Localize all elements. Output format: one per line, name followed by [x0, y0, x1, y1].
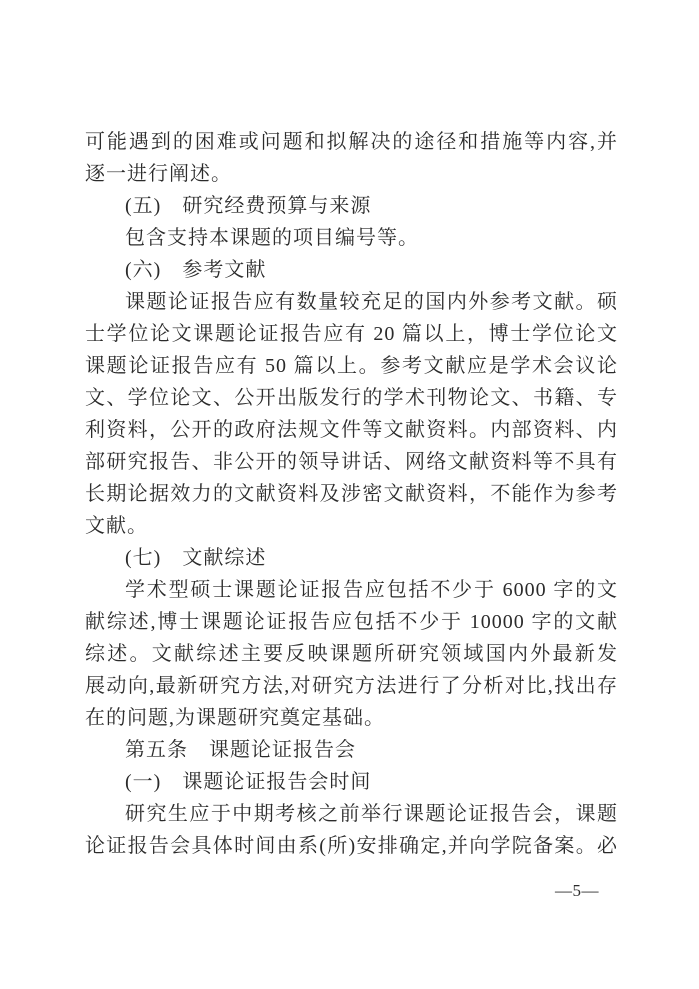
section-heading: (六) 参考文献: [85, 254, 618, 286]
document-line: 部研究报告、非公开的领导讲话、网络文献资料等不具有: [85, 446, 618, 478]
document-line: 逐一进行阐述。: [85, 158, 618, 190]
document-body: 可能遇到的困难或问题和拟解决的途径和措施等内容,并 逐一进行阐述。 (五) 研究…: [85, 126, 618, 862]
document-line: 可能遇到的困难或问题和拟解决的途径和措施等内容,并: [85, 126, 618, 158]
document-line: 论证报告会具体时间由系(所)安排确定,并向学院备案。必: [85, 830, 618, 862]
document-line: 士学位论文课题论证报告应有 20 篇以上，博士学位论文: [85, 318, 618, 350]
document-line: 在的问题,为课题研究奠定基础。: [85, 702, 618, 734]
section-heading: (一) 课题论证报告会时间: [85, 766, 618, 798]
section-heading: (五) 研究经费预算与来源: [85, 190, 618, 222]
document-line: 课题论证报告应有 50 篇以上。参考文献应是学术会议论: [85, 350, 618, 382]
page-number: —5—: [0, 881, 599, 901]
document-line: 文献。: [85, 510, 618, 542]
article-heading: 第五条 课题论证报告会: [85, 734, 618, 766]
document-line: 包含支持本课题的项目编号等。: [85, 222, 618, 254]
document-line: 展动向,最新研究方法,对研究方法进行了分析对比,找出存: [85, 670, 618, 702]
document-line: 研究生应于中期考核之前举行课题论证报告会，课题: [85, 798, 618, 830]
document-line: 综述。文献综述主要反映课题所研究领域国内外最新发: [85, 638, 618, 670]
document-line: 利资料，公开的政府法规文件等文献资料。内部资料、内: [85, 414, 618, 446]
document-line: 学术型硕士课题论证报告应包括不少于 6000 字的文: [85, 574, 618, 606]
document-line: 文、学位论文、公开出版发行的学术刊物论文、书籍、专: [85, 382, 618, 414]
document-line: 长期论据效力的文献资料及涉密文献资料，不能作为参考: [85, 478, 618, 510]
document-line: 课题论证报告应有数量较充足的国内外参考文献。硕: [85, 286, 618, 318]
document-line: 献综述,博士课题论证报告应包括不少于 10000 字的文献: [85, 606, 618, 638]
document-page: 可能遇到的困难或问题和拟解决的途径和措施等内容,并 逐一进行阐述。 (五) 研究…: [0, 0, 699, 989]
section-heading: (七) 文献综述: [85, 542, 618, 574]
